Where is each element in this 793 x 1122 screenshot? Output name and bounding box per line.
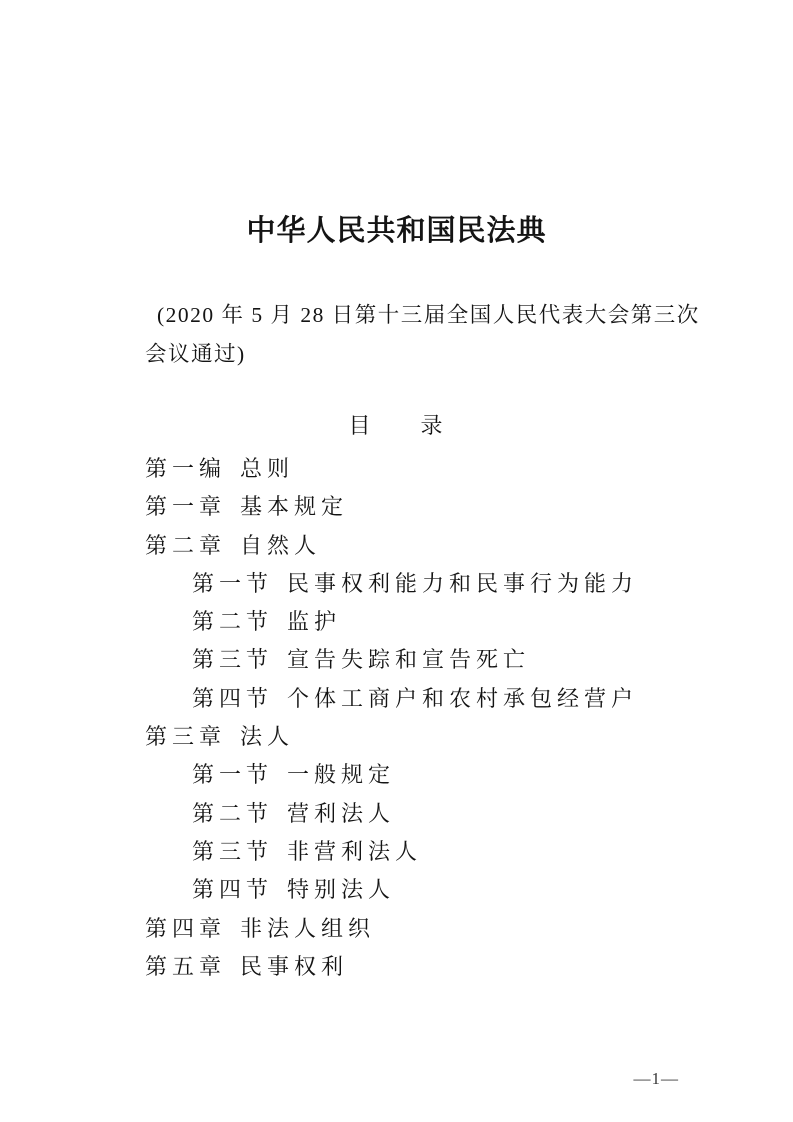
toc-entry-title: 非营利法人: [287, 839, 422, 864]
toc-entry: 第一章基本规定: [145, 488, 685, 526]
toc-entry: 第四章非法人组织: [145, 910, 685, 948]
toc-entry: 第一编总则: [145, 450, 685, 488]
toc-entry-number: 第二章: [145, 533, 226, 558]
toc-entry: 第三节非营利法人: [145, 833, 685, 871]
toc-entry-number: 第四节: [192, 877, 273, 902]
toc-entry-number: 第五章: [145, 954, 226, 979]
toc-entry: 第二章自然人: [145, 527, 685, 565]
toc-entry: 第一节民事权利能力和民事行为能力: [145, 565, 685, 603]
toc-entry-title: 自然人: [240, 533, 321, 558]
document-title: 中华人民共和国民法典: [0, 212, 793, 250]
toc-entry: 第四节特别法人: [145, 871, 685, 909]
toc-entry-number: 第三节: [192, 839, 273, 864]
toc-entry-title: 基本规定: [240, 494, 348, 519]
toc-entry-number: 第一节: [192, 571, 273, 596]
toc-entry: 第三章法人: [145, 718, 685, 756]
toc-entry-title: 民事权利能力和民事行为能力: [287, 571, 638, 596]
toc-entry-number: 第三章: [145, 724, 226, 749]
toc-entry-title: 监护: [287, 609, 341, 634]
toc-entry-number: 第二节: [192, 609, 273, 634]
toc-entry: 第五章民事权利: [145, 948, 685, 986]
toc-entry-number: 第四章: [145, 916, 226, 941]
toc-entry-number: 第二节: [192, 801, 273, 826]
subtitle-line-2: 会议通过): [145, 335, 665, 374]
toc-entry-title: 个体工商户和农村承包经营户: [287, 686, 638, 711]
toc-entry-title: 营利法人: [287, 801, 395, 826]
toc-entry: 第三节宣告失踪和宣告死亡: [145, 641, 685, 679]
toc-entry-number: 第一编: [145, 456, 226, 481]
subtitle-line-1: (2020 年 5 月 28 日第十三届全国人民代表大会第三次: [145, 296, 665, 335]
document-page: 中华人民共和国民法典 (2020 年 5 月 28 日第十三届全国人民代表大会第…: [0, 0, 793, 1122]
toc-entry-title: 宣告失踪和宣告死亡: [287, 647, 530, 672]
toc-entry-number: 第一章: [145, 494, 226, 519]
page-number: —1—: [634, 1068, 680, 1090]
toc-entry: 第二节监护: [145, 603, 685, 641]
toc-entry: 第一节一般规定: [145, 756, 685, 794]
document-subtitle: (2020 年 5 月 28 日第十三届全国人民代表大会第三次 会议通过): [145, 296, 665, 373]
toc-list: 第一编总则 第一章基本规定 第二章自然人 第一节民事权利能力和民事行为能力 第二…: [145, 450, 685, 986]
toc-heading: 目 录: [0, 412, 793, 440]
toc-entry-title: 总则: [240, 456, 294, 481]
toc-entry: 第四节个体工商户和农村承包经营户: [145, 680, 685, 718]
toc-entry: 第二节营利法人: [145, 795, 685, 833]
toc-entry-number: 第一节: [192, 762, 273, 787]
toc-entry-number: 第三节: [192, 647, 273, 672]
toc-entry-title: 一般规定: [287, 762, 395, 787]
toc-entry-title: 特别法人: [287, 877, 395, 902]
toc-entry-title: 民事权利: [240, 954, 348, 979]
toc-entry-title: 非法人组织: [240, 916, 375, 941]
toc-entry-title: 法人: [240, 724, 294, 749]
toc-entry-number: 第四节: [192, 686, 273, 711]
